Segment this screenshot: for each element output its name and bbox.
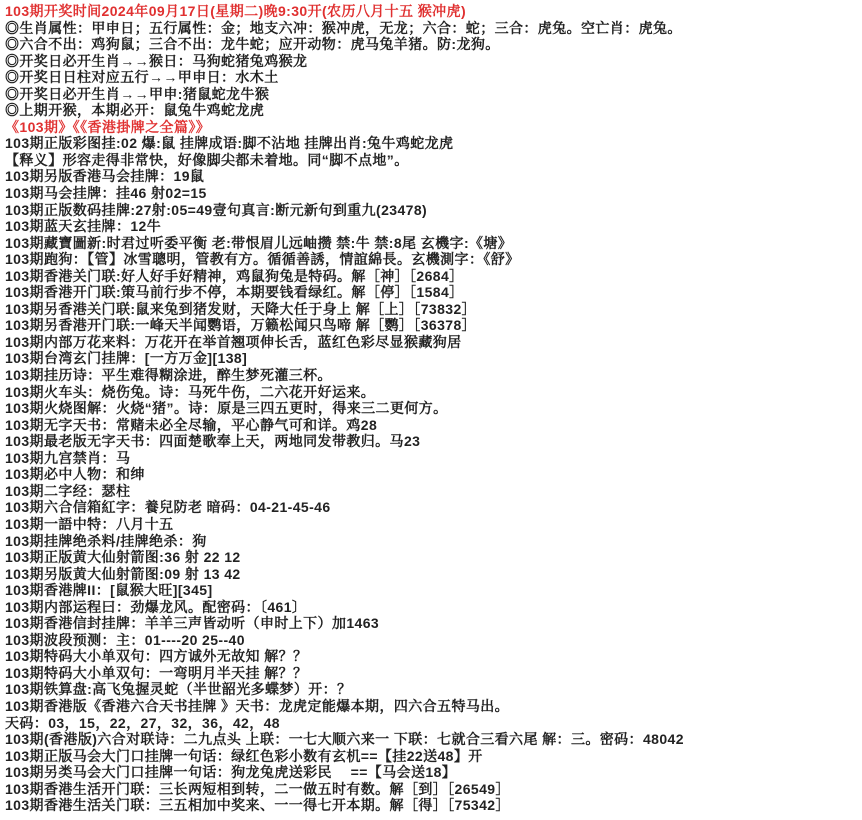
text-line-8: 《103期》《《香港掛牌之全篇》》 (5, 119, 860, 136)
text-line-15: 103期藏寶圖新:时君过听委平衡 老:带恨眉儿远岫攒 禁:牛 禁:8尾 玄機字:… (5, 235, 860, 252)
text-line-32: 103期一語中特：八月十五 (5, 516, 860, 533)
text-line-29: 103期必中人物：和绅 (5, 466, 860, 483)
text-line-22: 103期台湾玄门挂牌：[一方万金][138] (5, 350, 860, 367)
text-line-47: 103期另类马会大门口挂牌一句话：狗龙兔虎送彩民 ==【马会送18】 (5, 764, 860, 781)
text-line-48: 103期香港生活开门联：三长两短相到转，二一做五时有数。解［到］［26549］ (5, 781, 860, 798)
text-line-26: 103期无字天书：常赌未必全尽输，平心静气可和详。鸡28 (5, 417, 860, 434)
text-line-49: 103期香港生活关门联：三五相加中奖来、一一得七开本期。解［得］［75342］ (5, 797, 860, 814)
text-line-31: 103期六合信箱紅字：養兒防老 暗码：04-21-45-46 (5, 499, 860, 516)
text-line-37: 103期内部运程曰：劲爆龙风。配密码：〔461〕 (5, 599, 860, 616)
text-line-19: 103期另香港关门联:鼠来兔到猪发财，天降大任于身上 解［上］［73832］ (5, 301, 860, 318)
text-line-2: ◎生肖属性：甲申日；五行属性：金；地支六冲：猴冲虎，无龙；六合：蛇；三合：虎兔。… (5, 20, 860, 37)
document-body: 103期开奖时间2024年09月17日(星期二)晚9:30开(农历八月十五 猴冲… (0, 0, 862, 820)
text-line-28: 103期九宫禁肖：马 (5, 450, 860, 467)
text-line-5: ◎开奖日日柱对应五行→→甲申日：水木土 (5, 69, 860, 86)
text-line-33: 103期挂牌绝杀料/挂牌绝杀：狗 (5, 533, 860, 550)
text-line-36: 103期香港牌II：[鼠猴大旺][345] (5, 582, 860, 599)
text-line-38: 103期香港信封挂牌：羊羊三声皆动听（申时上下）加1463 (5, 615, 860, 632)
text-line-11: 103期另版香港马会挂牌：19鼠 (5, 168, 860, 185)
text-line-30: 103期二字经：瑟柱 (5, 483, 860, 500)
text-line-46: 103期正版马会大门口挂牌一句话：绿红色彩小数有玄机==【挂22送48】开 (5, 748, 860, 765)
text-line-7: ◎上期开猴，本期必开：鼠兔牛鸡蛇龙虎 (5, 102, 860, 119)
text-line-21: 103期内部万花来料：万花开在举首翘项伸长舌，蓝红色彩尽显猴藏狗居 (5, 334, 860, 351)
text-line-18: 103期香港开门联:策马前行步不停，本期要钱看绿红。解［停］［1584］ (5, 284, 860, 301)
text-line-1: 103期开奖时间2024年09月17日(星期二)晚9:30开(农历八月十五 猴冲… (5, 3, 860, 20)
text-line-17: 103期香港关门联:好人好手好精神，鸡鼠狗兔是特码。解［神］［2684］ (5, 268, 860, 285)
text-line-13: 103期正版数码挂牌:27射:05=49壹句真言:断元新句到重九(23478) (5, 202, 860, 219)
text-line-27: 103期最老版无字天书：四面楚歌奉上天，两地同发带教归。马23 (5, 433, 860, 450)
text-line-9: 103期正版彩图挂:02 爆:鼠 挂牌成语:脚不沾地 挂牌出肖:兔牛鸡蛇龙虎 (5, 135, 860, 152)
text-line-39: 103期波段预测：主：01----20 25--40 (5, 632, 860, 649)
text-line-42: 103期铁算盘:高飞兔握灵蛇（半世韶光多蝶梦）开：？ (5, 681, 860, 698)
text-line-45: 103期(香港版)六合对联诗：二九点头 上联：一七大顺六来一 下联：七就合三看六… (5, 731, 860, 748)
text-line-6: ◎开奖日必开生肖→→甲申:猪鼠蛇龙牛猴 (5, 86, 860, 103)
text-line-44: 天码：03，15，22，27，32，36，42，48 (5, 715, 860, 732)
text-line-10: 【释义】形容走得非常快，好像脚尖都未着地。同“脚不点地”。 (5, 152, 860, 169)
text-line-14: 103期蓝天玄挂牌：12牛 (5, 218, 860, 235)
text-line-41: 103期特码大小单双句：一弯明月半天挂 解？？ (5, 665, 860, 682)
text-line-25: 103期火烧图解：火烧“猪”。诗：原是三四五更时，得来三二更何方。 (5, 400, 860, 417)
text-line-12: 103期马会挂牌：挂46 射02=15 (5, 185, 860, 202)
text-lines: 103期开奖时间2024年09月17日(星期二)晚9:30开(农历八月十五 猴冲… (5, 3, 860, 814)
text-line-40: 103期特码大小单双句：四方诚外无故知 解？？ (5, 648, 860, 665)
text-line-43: 103期香港版《香港六合天书挂牌 》天书：龙虎定能爆本期，四六合五特马出。 (5, 698, 860, 715)
text-line-35: 103期另版黄大仙射箭图:09 射 13 42 (5, 566, 860, 583)
text-line-23: 103期挂历诗：平生难得糊涂进，醉生梦死灌三杯。 (5, 367, 860, 384)
text-line-4: ◎开奖日必开生肖→→猴日：马狗蛇猪兔鸡猴龙 (5, 53, 860, 70)
text-line-34: 103期正版黄大仙射箭图:36 射 22 12 (5, 549, 860, 566)
text-line-3: ◎六合不出：鸡狗鼠；三合不出：龙牛蛇；应开动物：虎马兔羊猪。防:龙狗。 (5, 36, 860, 53)
text-line-16: 103期跑狗：【管】冰雪聰明，管教有方。循循善誘，情誼綿長。玄機測字：《舒》 (5, 251, 860, 268)
text-line-20: 103期另香港开门联:一峰天半闻鹦语，万籁松闻只鸟啼 解［鹦］［36378］ (5, 317, 860, 334)
text-line-24: 103期火车头：烧伤兔。诗：马死牛伤，二六花开好运来。 (5, 384, 860, 401)
